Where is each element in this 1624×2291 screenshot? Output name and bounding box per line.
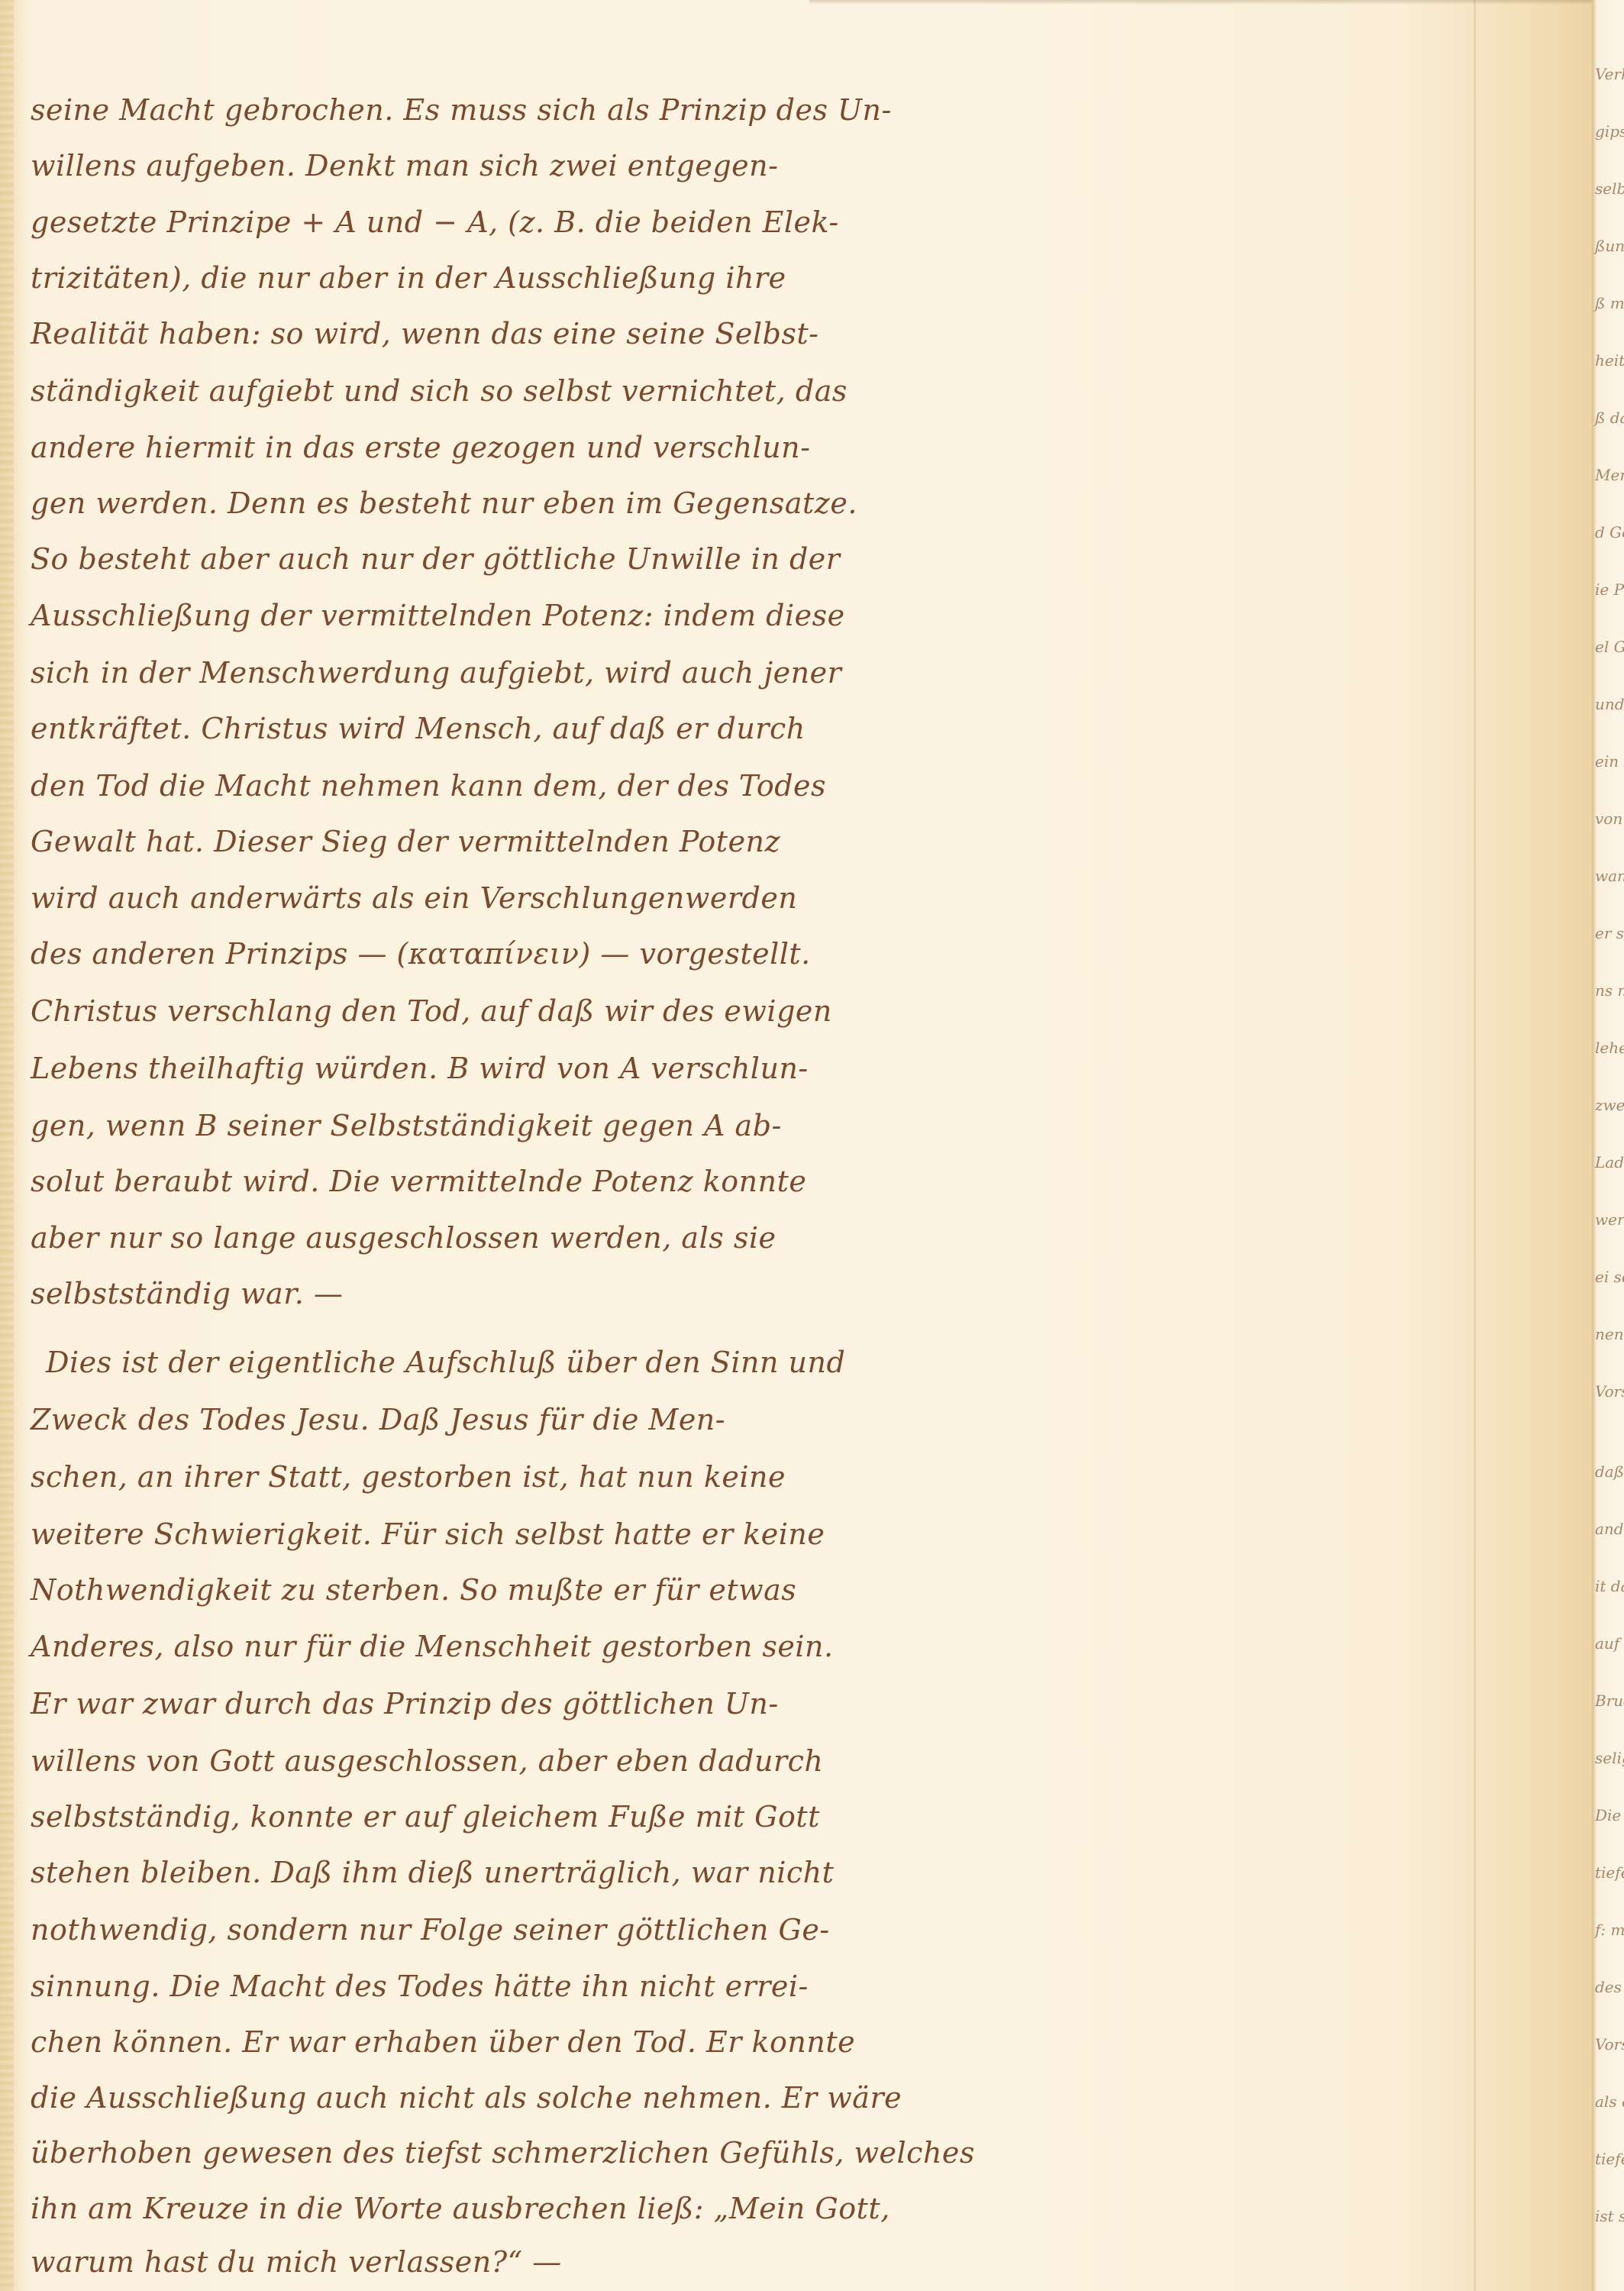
text-line: schen, an ihrer Statt, gestorben ist, ha… (31, 1462, 786, 1491)
page-top-shadow (809, 0, 1592, 5)
text-line: gen, wenn B seiner Selbstständigkeit geg… (31, 1111, 782, 1140)
text-line: Christus verschlang den Tod, auf daß wir… (31, 997, 832, 1026)
adjacent-text-fragment: wandte (1595, 867, 1624, 885)
text-line: Realität haben: so wird, wenn das eine s… (31, 319, 819, 348)
adjacent-text-fragment: Lade F (1595, 1153, 1624, 1171)
adjacent-text-fragment: werden (1595, 1210, 1624, 1229)
adjacent-text-fragment: daß ein (1595, 1462, 1624, 1481)
text-line: gen werden. Denn es besteht nur eben im … (31, 489, 857, 518)
page-fold-crease (1474, 0, 1476, 2291)
text-line: selbstständig, konnte er auf gleichem Fu… (31, 1802, 820, 1831)
adjacent-text-fragment: ei schon (1595, 1268, 1624, 1286)
adjacent-text-fragment: er sich (1595, 924, 1624, 942)
paragraph-start-line: Dies ist der eigentliche Aufschluß über … (46, 1348, 845, 1377)
adjacent-text-fragment: und w (1595, 695, 1624, 713)
adjacent-text-fragment: des Ge (1595, 1978, 1624, 1996)
text-line: den Tod die Macht nehmen kann dem, der d… (31, 771, 826, 800)
adjacent-text-fragment: d Geist (1595, 523, 1624, 541)
adjacent-text-fragment: selbst, (1595, 179, 1624, 198)
text-line: Gewalt hat. Dieser Sieg der vermittelnde… (31, 827, 780, 856)
adjacent-text-fragment: ß mit (1595, 294, 1624, 312)
text-line: entkräftet. Christus wird Mensch, auf da… (31, 714, 806, 743)
text-line: überhoben gewesen des tiefst schmerzlich… (31, 2138, 975, 2167)
text-line: seine Macht gebrochen. Es muss sich als … (31, 95, 892, 124)
text-line: die Ausschließung auch nicht als solche … (31, 2083, 902, 2112)
adjacent-text-fragment: f: man (1595, 1921, 1624, 1939)
adjacent-text-fragment: als ein (1595, 2092, 1624, 2111)
text-line: Nothwendigkeit zu sterben. So mußte er f… (31, 1575, 796, 1604)
adjacent-text-fragment: heit. E (1595, 351, 1624, 370)
text-line: ihn am Kreuze in die Worte ausbrechen li… (31, 2194, 890, 2223)
text-line: chen können. Er war erhaben über den Tod… (31, 2028, 855, 2057)
page-edge-left (0, 0, 14, 2291)
text-line: Ausschließung der vermittelnden Potenz: … (31, 601, 845, 630)
manuscript-page: seine Macht gebrochen. Es muss sich als … (0, 0, 1592, 2291)
text-line: ständigkeit aufgiebt und sich so selbst … (31, 376, 848, 406)
adjacent-text-fragment: lehen in (1595, 1039, 1624, 1057)
adjacent-text-fragment: ß das (1595, 409, 1624, 427)
adjacent-text-fragment: gips e (1595, 122, 1624, 141)
adjacent-text-fragment: ßung n (1595, 237, 1624, 255)
text-line: solut beraubt wird. Die vermittelnde Pot… (31, 1167, 806, 1196)
text-line: trizitäten), die nur aber in der Ausschl… (31, 263, 786, 292)
text-line: selbstständig war. — (31, 1279, 343, 1308)
adjacent-text-fragment: nen gan (1595, 1325, 1624, 1343)
adjacent-text-fragment: ist so m (1595, 2207, 1624, 2225)
text-line: willens von Gott ausgeschlossen, aber eb… (31, 1747, 823, 1776)
adjacent-text-fragment: tiefe, in (1595, 1863, 1624, 1882)
adjacent-text-fragment: Bruder (1595, 1692, 1624, 1710)
adjacent-text-fragment: ie Prin (1595, 580, 1624, 599)
text-line: warum hast du mich verlassen?“ — (31, 2247, 562, 2276)
adjacent-text-fragment: auf rei (1595, 1634, 1624, 1653)
text-line: Er war zwar durch das Prinzip des göttli… (31, 1689, 779, 1718)
adjacent-text-fragment: von au (1595, 809, 1624, 828)
adjacent-text-fragment: tiefe ü (1595, 2150, 1624, 2168)
adjacent-text-fragment: Verh (1595, 65, 1624, 83)
text-line: willens aufgeben. Denkt man sich zwei en… (31, 151, 778, 180)
adjacent-text-fragment: Vorstellun (1595, 2035, 1624, 2053)
adjacent-text-fragment: Vorstel (1595, 1382, 1624, 1401)
adjacent-page-edge: Verh gips e selbst, ßung n ß mit heit. E… (1592, 0, 1624, 2291)
adjacent-text-fragment: Mens (1595, 466, 1624, 484)
adjacent-text-fragment: zwei b (1595, 1096, 1624, 1114)
adjacent-text-fragment: Die vor (1595, 1806, 1624, 1824)
text-line: sinnung. Die Macht des Todes hätte ihn n… (31, 1972, 809, 2001)
text-line: wird auch anderwärts als ein Verschlunge… (31, 884, 797, 913)
text-line: nothwendig, sondern nur Folge seiner göt… (31, 1915, 830, 1944)
text-line: So besteht aber auch nur der göttliche U… (31, 544, 840, 574)
adjacent-text-fragment: it das f (1595, 1577, 1624, 1595)
adjacent-text-fragment: seligen L (1595, 1749, 1624, 1767)
text-line: aber nur so lange ausgeschlossen werden,… (31, 1223, 776, 1252)
text-line: des anderen Prinzips — (καταπίνειν) — vo… (31, 939, 811, 968)
adjacent-text-fragment: anders (1595, 1520, 1624, 1538)
adjacent-text-fragment: ns me (1595, 981, 1624, 1000)
text-line: Anderes, also nur für die Menschheit ges… (31, 1632, 834, 1661)
text-line: gesetzte Prinzipe + A und − A, (z. B. di… (31, 208, 839, 237)
text-line: andere hiermit in das erste gezogen und … (31, 433, 811, 462)
adjacent-text-fragment: el Gott (1595, 638, 1624, 656)
adjacent-text-fragment: ein Me (1595, 752, 1624, 771)
text-line: stehen bleiben. Daß ihm dieß unerträglic… (31, 1858, 834, 1887)
text-line: Zweck des Todes Jesu. Daß Jesus für die … (31, 1405, 725, 1434)
text-line: weitere Schwierigkeit. Für sich selbst h… (31, 1520, 825, 1549)
text-line: sich in der Menschwerdung aufgiebt, wird… (31, 658, 841, 687)
text-line: Lebens theilhaftig würden. B wird von A … (31, 1054, 809, 1083)
